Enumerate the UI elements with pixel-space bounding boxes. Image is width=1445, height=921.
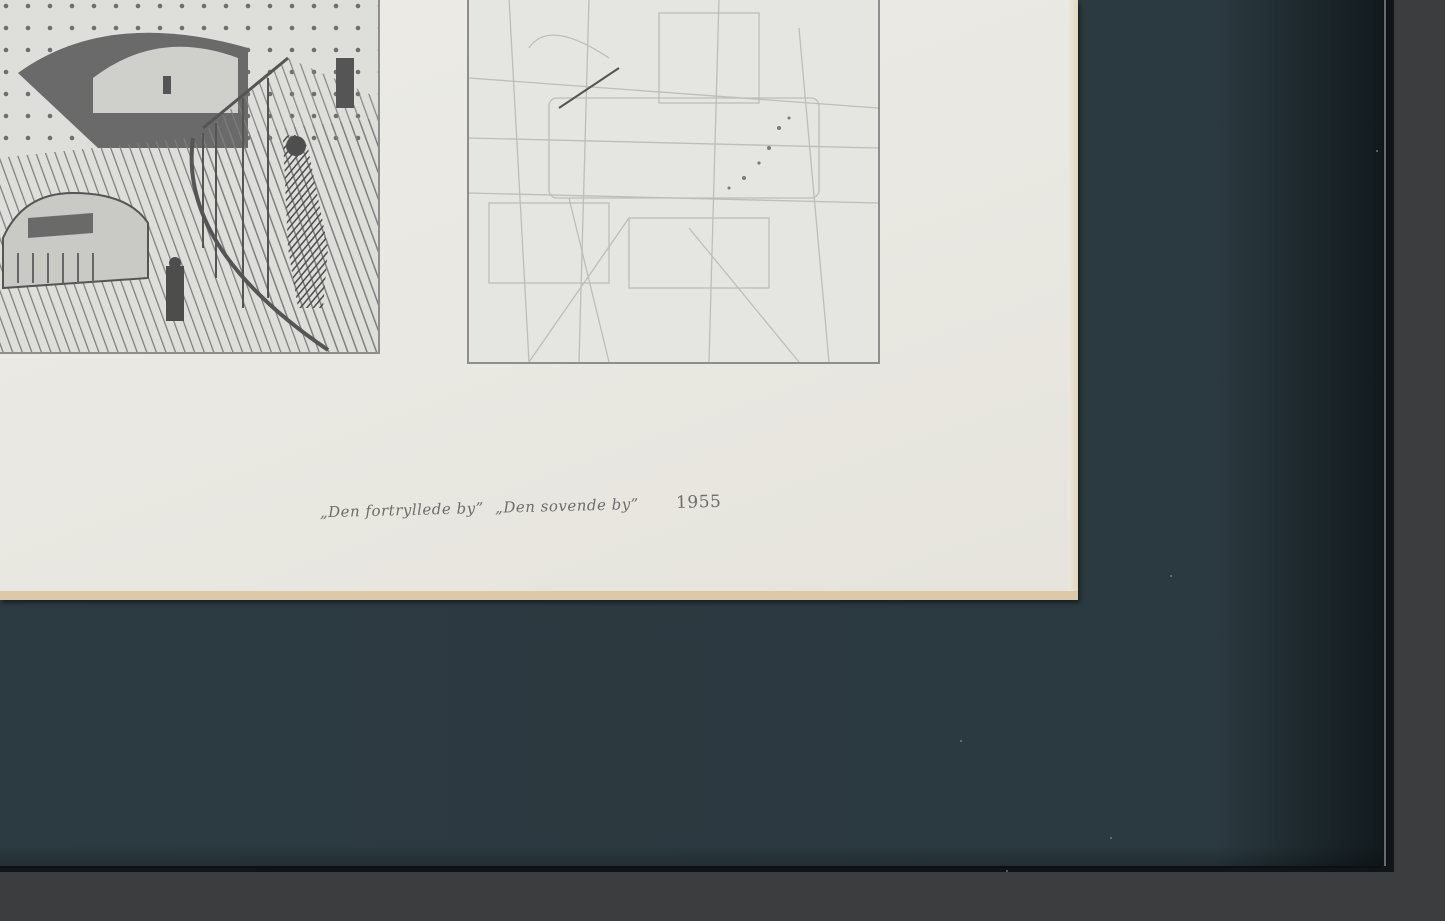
caption-year: 1955 [676,492,722,513]
dust-speck [1006,870,1008,872]
paper-edge-right [1068,0,1078,600]
dust-speck [1376,150,1378,152]
right-sketch-panel [467,0,880,364]
handwritten-caption: „Den fortryllede by” „Den sovende by” 19… [320,488,881,543]
caption-title-1: „Den fortryllede by” [320,499,484,521]
mat-shadow [0,846,1382,868]
left-sketch-panel [0,0,380,354]
erased-sketch [469,0,878,362]
dust-speck [1170,575,1172,577]
caption-title-2: „Den sovende by” [495,495,639,517]
dust-speck [1110,837,1112,839]
drawing-paper: „Den fortryllede by” „Den sovende by” 19… [0,0,1078,600]
paper-edge-bottom [0,591,1078,600]
street-scene-sketch [0,0,378,352]
frame-edge-highlight [1384,0,1386,866]
dust-speck [960,740,962,742]
